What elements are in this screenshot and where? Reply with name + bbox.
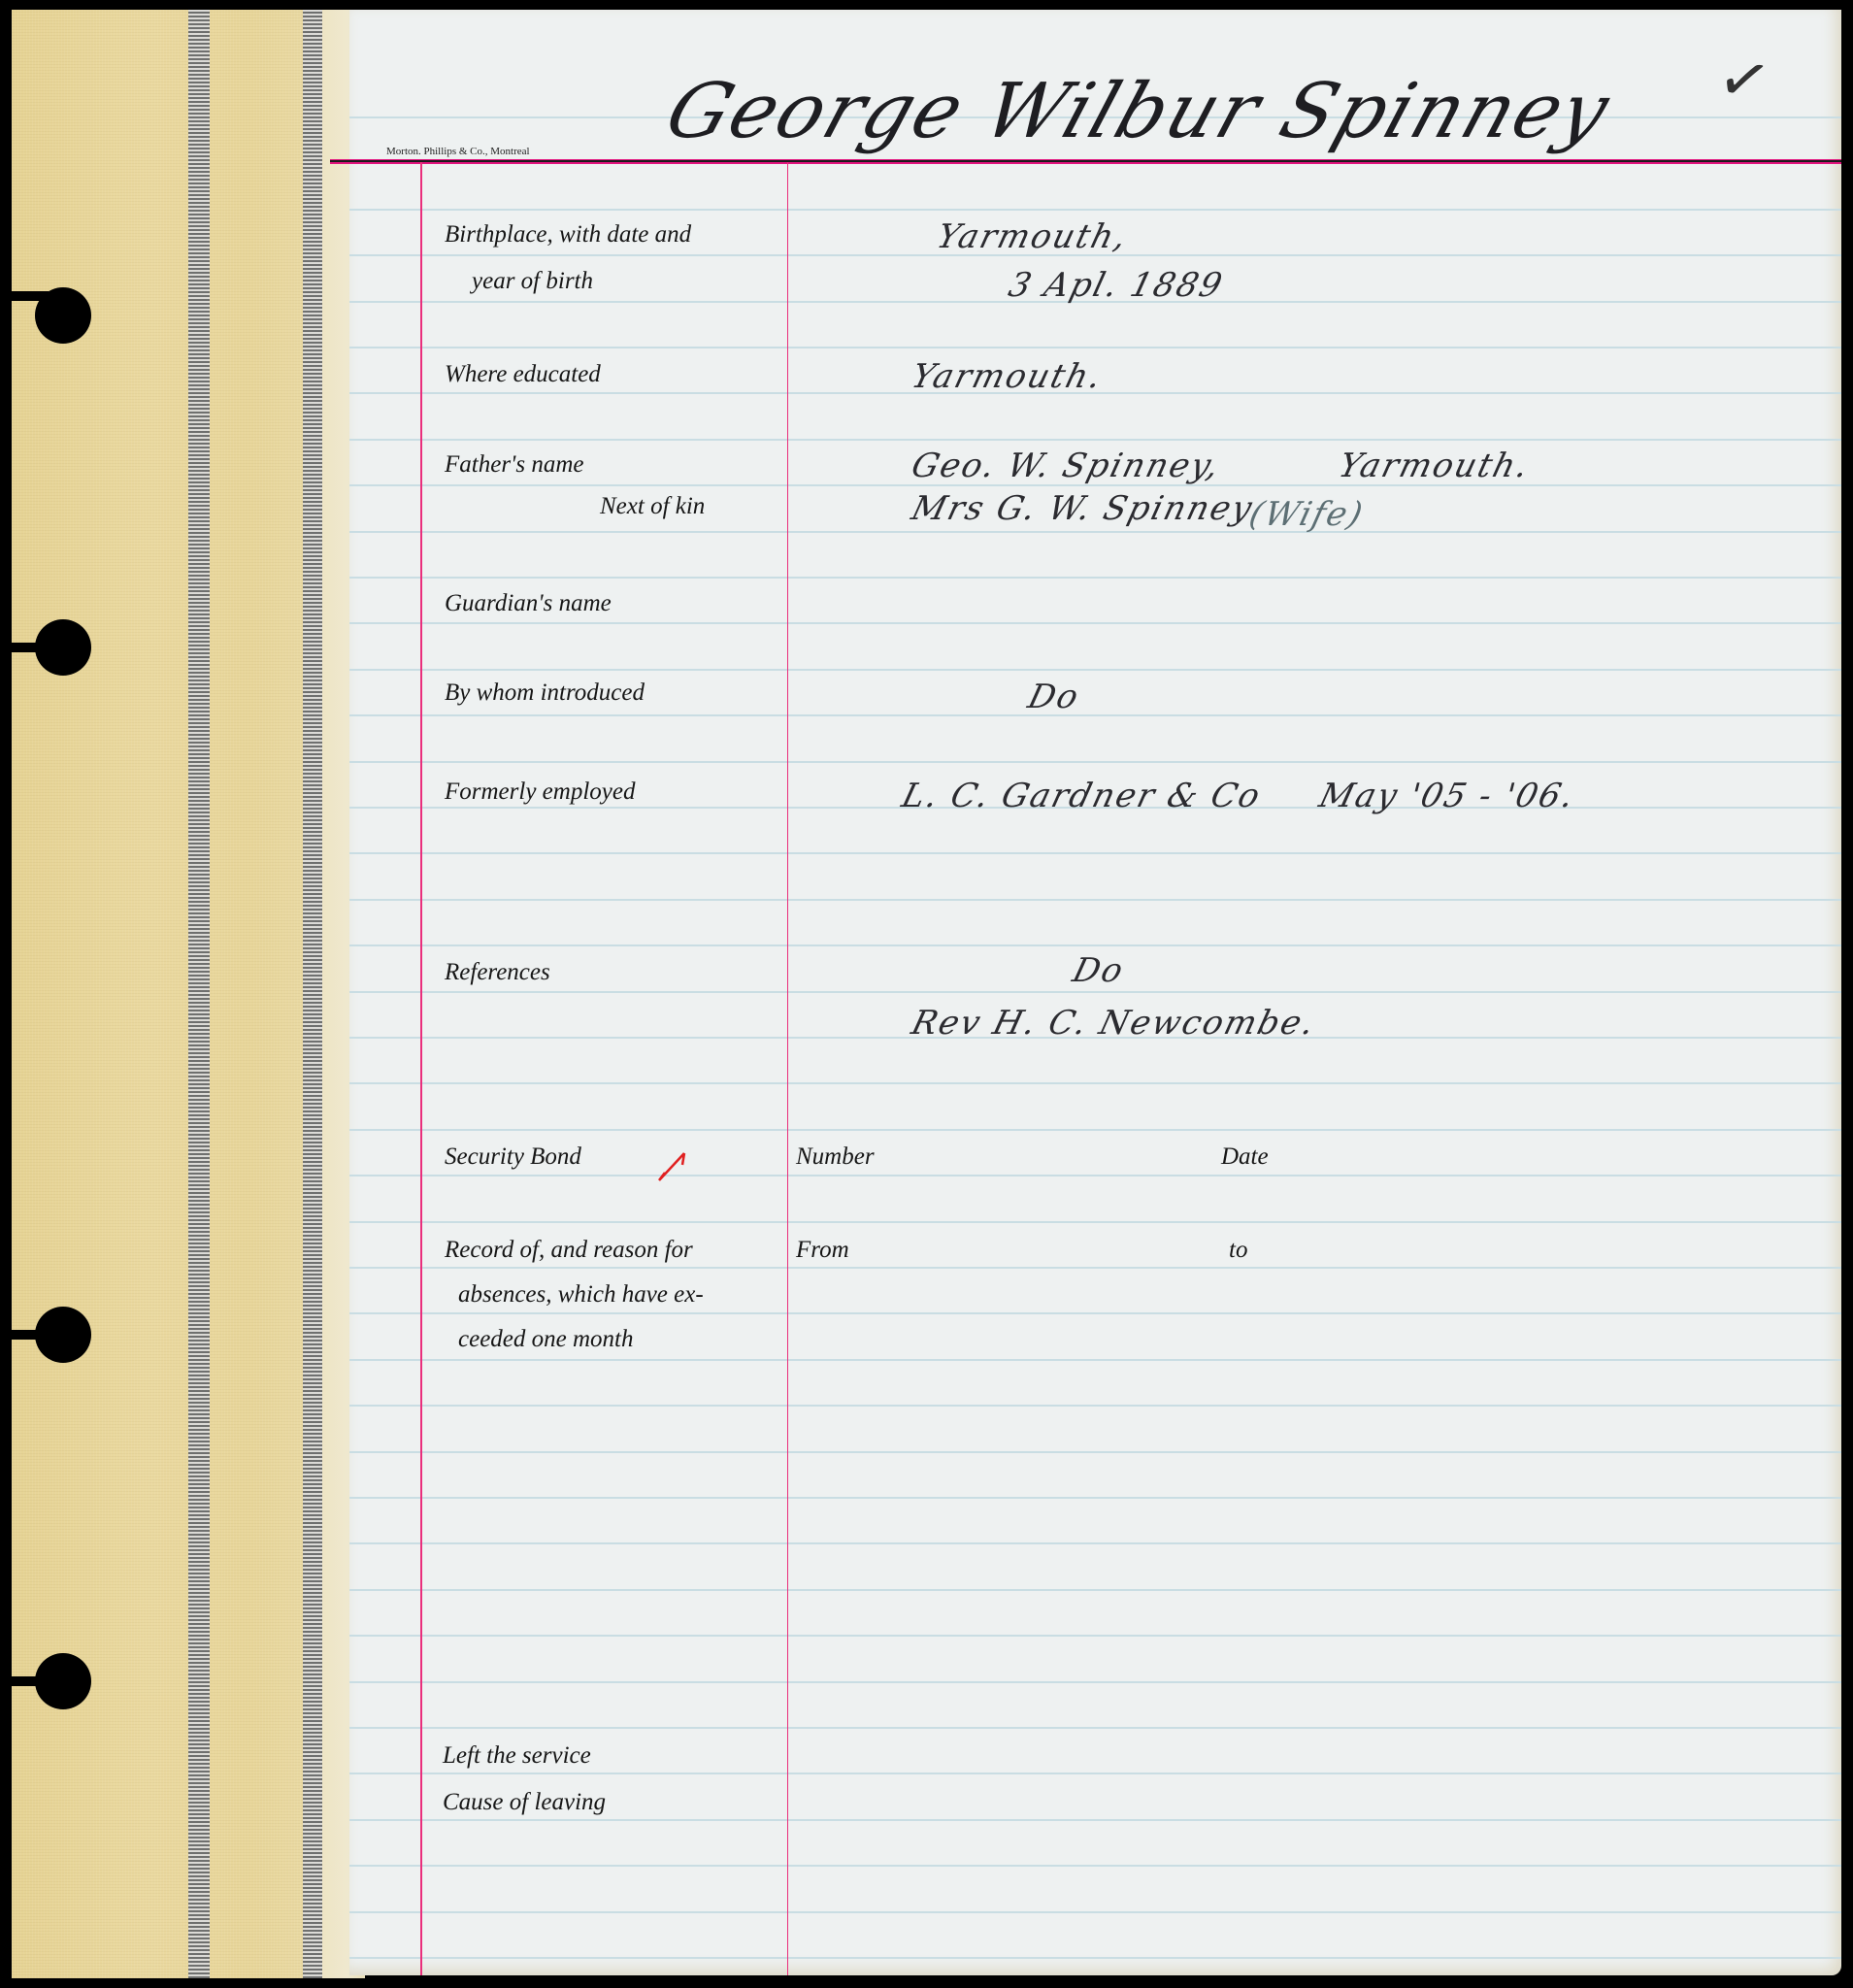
rule-line: [349, 1957, 1841, 1959]
label-references: References: [445, 959, 550, 986]
rule-line: [349, 944, 1841, 946]
value-birthplace: Yarmouth,: [933, 217, 1132, 256]
rule-line: [349, 1359, 1841, 1361]
rule-line: [349, 531, 1841, 533]
label-where-educated: Where educated: [445, 361, 601, 388]
value-next-of-kin-relation: (Wife): [1245, 495, 1368, 534]
ledger-page: Morton. Phillips & Co., Montreal George …: [349, 10, 1841, 1975]
binder-hole: [35, 287, 91, 344]
binder-hole: [35, 619, 91, 676]
label-to: to: [1229, 1237, 1247, 1264]
rule-line: [349, 669, 1841, 671]
column-divider: [787, 162, 788, 1975]
spine-stripe: [188, 10, 210, 1978]
label-cause-of-leaving: Cause of leaving: [443, 1789, 606, 1816]
value-next-of-kin: Mrs G. W. Spinney: [908, 489, 1258, 528]
rule-line: [349, 622, 1841, 624]
rule-line: [349, 1635, 1841, 1637]
value-formerly-employed: L. C. Gardner & Co: [898, 777, 1266, 815]
check-mark-icon: ✓: [1711, 40, 1777, 121]
rule-line: [349, 1727, 1841, 1729]
value-references: Do: [1069, 951, 1129, 990]
rule-line: [349, 1681, 1841, 1683]
label-absences-2: absences, which have ex-: [458, 1281, 704, 1309]
rule-line: [349, 1221, 1841, 1223]
label-introduced-by: By whom introduced: [445, 679, 645, 707]
label-birthplace-2: year of birth: [472, 268, 593, 295]
rule-line: [349, 899, 1841, 901]
label-absences: Record of, and reason for: [445, 1237, 693, 1264]
rule-line: [349, 1911, 1841, 1913]
spine-stripe: [303, 10, 322, 1978]
value-employment-dates: May '05 - '06.: [1315, 777, 1579, 815]
rule-line: [349, 1082, 1841, 1084]
value-birthdate: 3 Apl. 1889: [1005, 266, 1228, 305]
value-introduced-by: Do: [1024, 678, 1084, 716]
rule-line: [349, 1497, 1841, 1499]
label-from: From: [796, 1237, 849, 1264]
rule-line: [349, 991, 1841, 993]
value-references-2: Rev H. C. Newcombe.: [908, 1004, 1320, 1043]
label-security-bond: Security Bond: [445, 1143, 581, 1171]
rule-line: [349, 1542, 1841, 1544]
header-rule: [330, 159, 1841, 164]
label-number: Number: [796, 1143, 875, 1171]
binder-hole: [35, 1653, 91, 1709]
label-fathers-name: Father's name: [445, 451, 584, 479]
rule-line: [349, 1312, 1841, 1314]
rule-line: [349, 1865, 1841, 1867]
rule-line: [349, 852, 1841, 854]
printer-imprint: Morton. Phillips & Co., Montreal: [386, 146, 530, 157]
label-left-service: Left the service: [443, 1742, 591, 1770]
rule-line: [349, 1589, 1841, 1591]
value-fathers-name: Geo. W. Spinney,: [908, 447, 1225, 485]
margin-line: [420, 162, 422, 1975]
rule-line: [349, 1451, 1841, 1453]
rule-line: [349, 1405, 1841, 1407]
label-formerly-employed: Formerly employed: [445, 779, 635, 806]
rule-line: [349, 1773, 1841, 1774]
rule-line: [349, 714, 1841, 716]
value-fathers-location: Yarmouth.: [1335, 447, 1534, 485]
label-guardians-name: Guardian's name: [445, 590, 612, 617]
value-where-educated: Yarmouth.: [908, 357, 1107, 396]
label-absences-3: ceeded one month: [458, 1326, 633, 1353]
rule-line: [349, 761, 1841, 763]
rule-line: [349, 1175, 1841, 1176]
rule-line: [349, 209, 1841, 211]
rule-line: [349, 439, 1841, 441]
red-check-icon: [655, 1147, 694, 1186]
rule-line: [349, 1129, 1841, 1131]
label-next-of-kin: Next of kin: [600, 493, 705, 520]
employee-name: George Wilbur Spinney: [655, 68, 1621, 155]
rule-line: [349, 1267, 1841, 1269]
label-birthplace: Birthplace, with date and: [445, 221, 691, 248]
rule-line: [349, 1819, 1841, 1821]
binder-hole: [35, 1307, 91, 1363]
rule-line: [349, 577, 1841, 579]
label-date: Date: [1221, 1143, 1269, 1171]
rule-line: [349, 347, 1841, 348]
